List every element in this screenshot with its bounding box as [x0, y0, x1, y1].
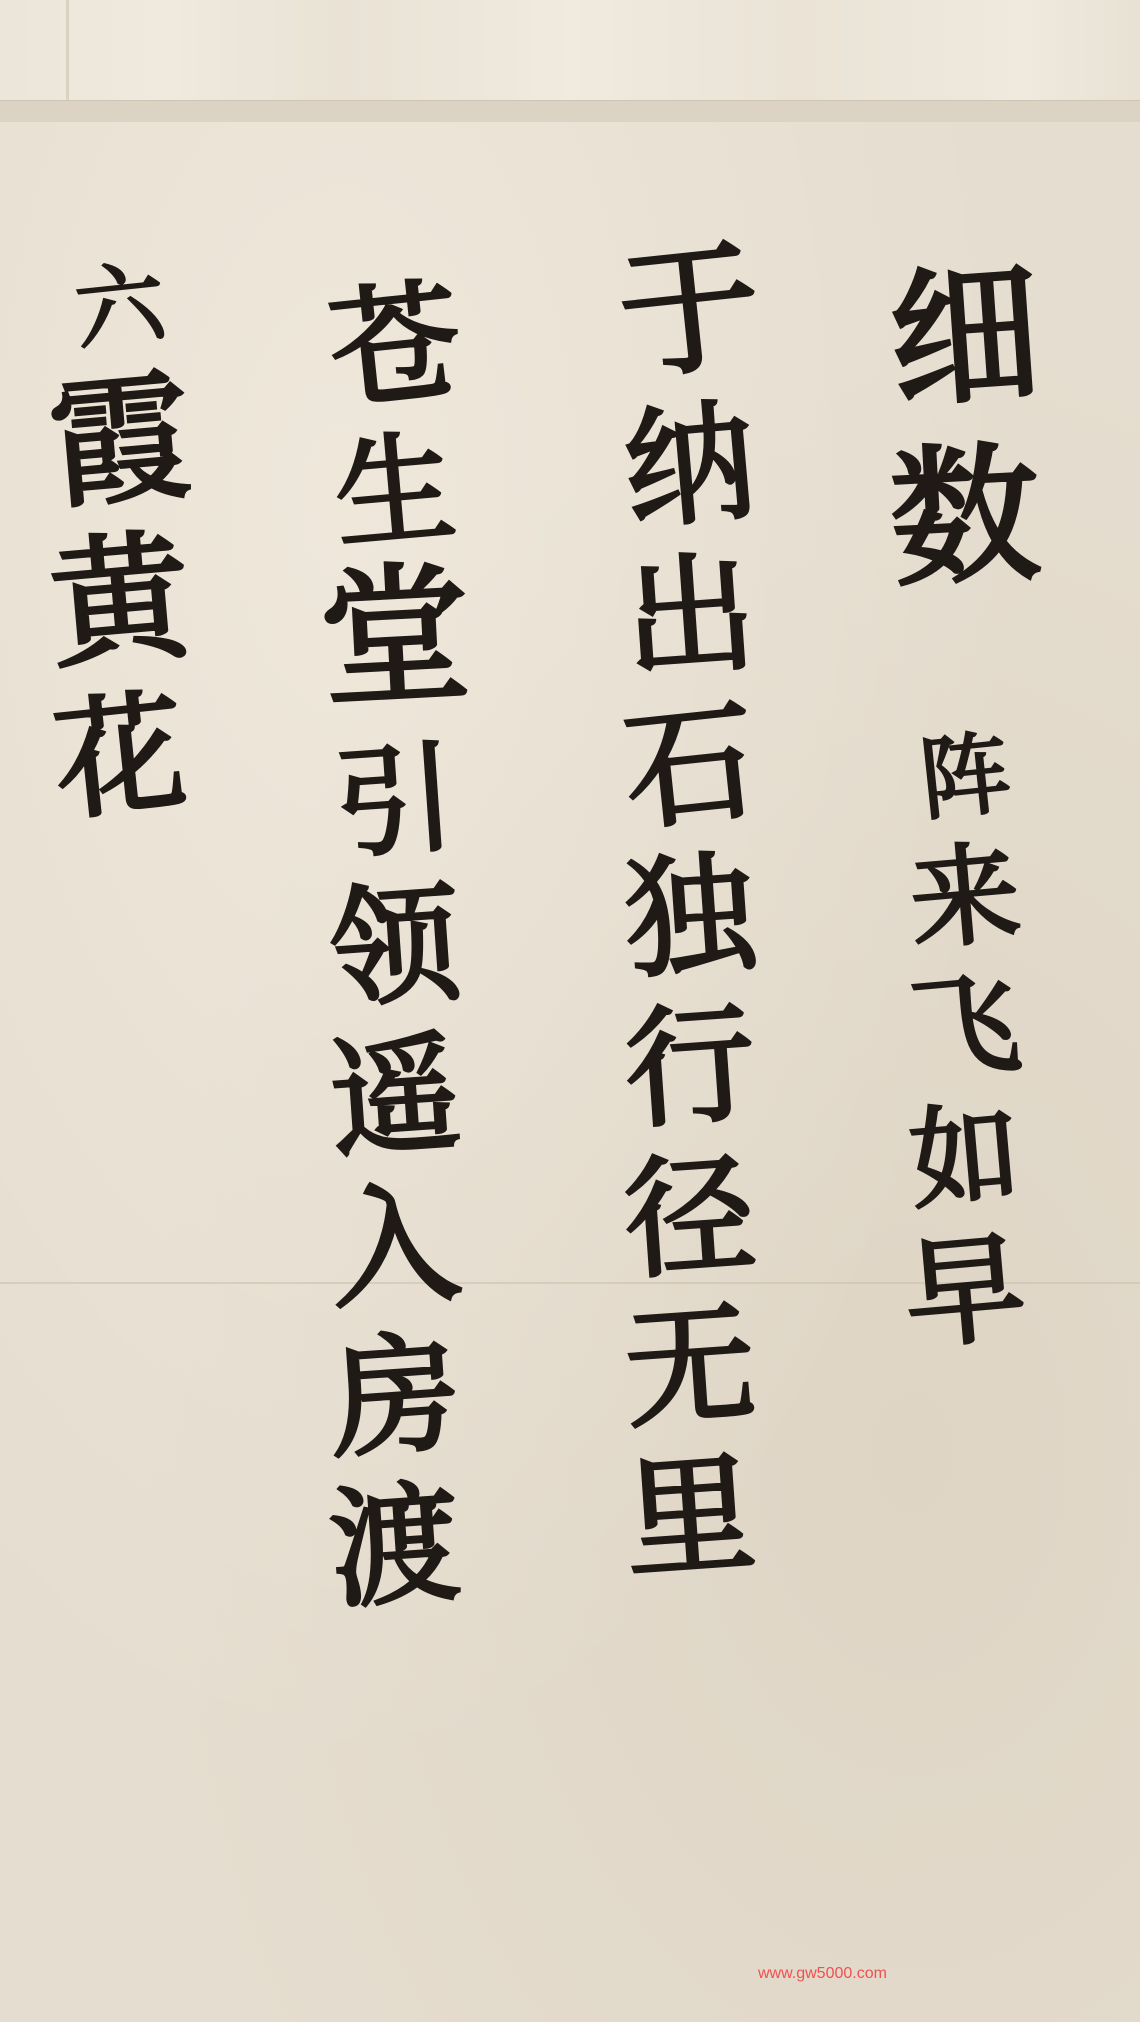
glyph-jing: 径 [621, 1148, 760, 1287]
calligraphy-column-3: 苍 生 堂 引 领 遥 入 房 渡 [320, 282, 470, 1612]
glyph-xing: 行 [621, 998, 760, 1137]
glyph-wu: 无 [621, 1298, 760, 1437]
glyph-zhen: 阵 [916, 728, 1015, 827]
glyph-lai: 来 [905, 837, 1024, 956]
glyph-ru: 如 [905, 1097, 1024, 1216]
calligraphy-column-4: 六 霞 黄 花 [50, 262, 190, 822]
glyph-shu: 数 [886, 438, 1044, 596]
glyph-du2: 渡 [326, 1478, 465, 1617]
glyph-tang: 堂 [316, 558, 474, 716]
glyph-xi: 细 [885, 257, 1045, 417]
glyph-fei: 飞 [905, 967, 1024, 1086]
glyph-du: 独 [621, 848, 760, 987]
glyph-yu: 于 [613, 235, 767, 389]
glyph-cang: 苍 [324, 276, 467, 419]
glyph-xia: 霞 [44, 366, 196, 518]
glyph-hua: 花 [49, 686, 192, 829]
site-watermark: www.gw5000.com [758, 1965, 887, 1983]
glyph-shi: 石 [619, 696, 762, 839]
paper-top-edge [0, 100, 1140, 124]
glyph-fang: 房 [326, 1328, 465, 1467]
glyph-ru2: 入 [326, 1178, 465, 1317]
calligraphy-column-1: 细 数 阵 来 飞 如 早 [890, 262, 1040, 1352]
glyph-na: 纳 [620, 397, 761, 538]
glyph-liu: 六 [71, 258, 170, 357]
glyph-sheng: 生 [330, 427, 460, 557]
glyph-chu: 出 [621, 548, 760, 687]
glyph-yin: 引 [331, 738, 459, 866]
calligraphy-column-2: 于 纳 出 石 独 行 径 无 里 [620, 242, 760, 1582]
scroll-mount-top [0, 0, 1140, 100]
calligraphy-paper: 细 数 阵 来 飞 如 早 于 纳 出 石 独 行 径 无 里 苍 生 堂 引 … [0, 122, 1140, 2022]
glyph-ling: 领 [326, 878, 465, 1017]
glyph-zao: 早 [900, 1227, 1030, 1357]
glyph-huang: 黄 [44, 526, 196, 678]
glyph-yao: 遥 [326, 1028, 465, 1167]
glyph-li: 里 [621, 1448, 760, 1587]
